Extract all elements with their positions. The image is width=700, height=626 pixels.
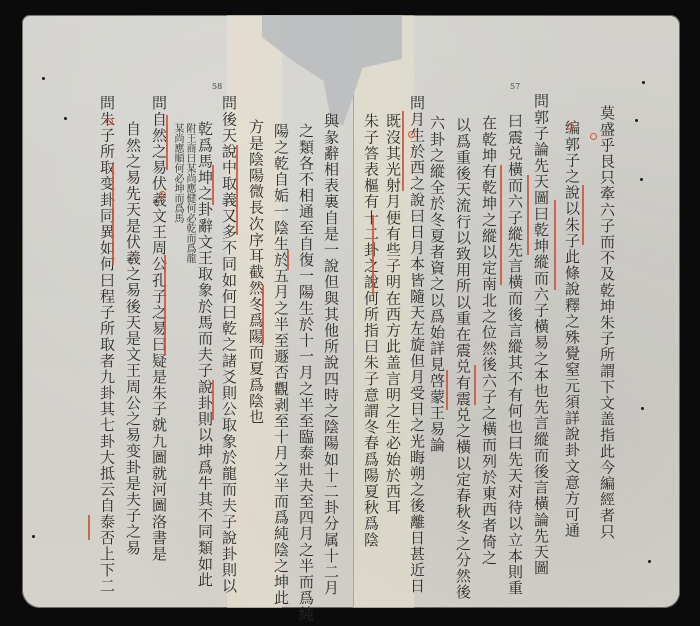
red-circle-mark bbox=[159, 191, 166, 198]
binding-hole bbox=[648, 560, 651, 563]
text-column: 既沒其光射月便有些子明在西方此盖言明之生必始於西耳 bbox=[384, 113, 402, 516]
annotation-column: 附王商曰某尚應健何必乾而爲龍 bbox=[184, 123, 195, 263]
red-underline-mark bbox=[236, 145, 238, 235]
binding-hole bbox=[635, 119, 638, 122]
red-underline-mark bbox=[112, 165, 114, 265]
text-column: 自然之易先天是伏羲之易後天是文王周公之易变卦是夫子之易 bbox=[124, 121, 142, 556]
annotation-column: 某尚應順何必坤而爲馬 bbox=[172, 123, 183, 223]
red-circle-mark bbox=[408, 131, 415, 138]
binding-hole bbox=[64, 117, 67, 120]
text-column: 與彖辭相表裏自是一說但與其他所說四時之陰陽如十二卦分属十二月 bbox=[322, 113, 340, 596]
text-column: 六卦之縱全於冬夏者資之以爲始詳見啓蒙王易論 bbox=[428, 115, 446, 453]
text-column: 朱子答表樞有十二卦之說何所指曰朱子意謂冬春爲陽夏秋爲陰 bbox=[362, 113, 380, 548]
folio-number-left: 58 bbox=[212, 82, 222, 91]
text-column: 陽之乾自姤一陰生於五月之半至遯否觀剥至十月之半而爲純陰之坤此 bbox=[272, 123, 290, 606]
red-underline-mark bbox=[262, 285, 264, 345]
red-underline-mark bbox=[500, 165, 502, 285]
manuscript-sheet: 58 57 莫盛乎艮只牽六子而不及乾坤朱子所謂下文盖指此今編經者只 编郭子之說以… bbox=[22, 15, 680, 608]
red-underline-mark bbox=[166, 115, 168, 170]
red-circle-mark bbox=[567, 123, 574, 130]
red-underline-mark bbox=[582, 185, 584, 245]
binding-hole bbox=[640, 178, 643, 181]
red-underline-mark bbox=[372, 215, 374, 295]
text-column: 問月生於西之說曰日月本皆隨天左旋但月受日之光晦朔之後離日甚近日 bbox=[408, 95, 426, 594]
red-circle-mark bbox=[590, 133, 597, 140]
red-underline-mark bbox=[164, 255, 166, 355]
folio-number-right: 57 bbox=[510, 82, 520, 91]
red-underline-mark bbox=[446, 370, 448, 410]
text-column: 以爲重後天流行以致用所以重在震兑有震兑之橫以定春秋冬之分然後 bbox=[454, 117, 472, 600]
red-underline-mark bbox=[88, 515, 90, 540]
center-fold bbox=[353, 95, 354, 608]
red-circle-mark bbox=[106, 118, 113, 125]
text-column: 编郭子之說以朱子此條說釋之殊覺窒元須詳說卦文意方可通 bbox=[563, 120, 581, 539]
red-underline-mark bbox=[287, 250, 289, 270]
text-column: 莫盛乎艮只牽六子而不及乾坤朱子所謂下文盖指此今編經者只 bbox=[598, 105, 616, 540]
red-underline-mark bbox=[474, 365, 476, 405]
red-underline-mark bbox=[212, 165, 214, 205]
binding-hole bbox=[32, 535, 35, 538]
text-column: 曰震兑橫而六子縱先言橫而後言縱其不有何也曰先天对待以立本則重 bbox=[506, 113, 524, 596]
red-underline-mark bbox=[554, 200, 556, 290]
red-underline-mark bbox=[402, 111, 404, 191]
text-column: 在乾坤有乾坤之縱以定南北之位然後六子之橫而列於東西者倚之 bbox=[480, 115, 498, 566]
text-column: 方是陰陽微長次序耳截然冬爲陽而夏爲陰也 bbox=[247, 119, 265, 425]
binding-hole bbox=[642, 81, 645, 84]
red-underline-mark bbox=[527, 175, 529, 255]
binding-hole bbox=[42, 77, 45, 80]
binding-hole bbox=[641, 407, 644, 410]
text-column: 之類各不相通至自復一陽生於十一月之半至臨泰壯夬至四月之半而爲純 bbox=[297, 123, 315, 622]
text-column: 問郭子論先天圖曰乾坤縱而六子橫易之本也先言縱而後言橫論先天圖 bbox=[532, 93, 550, 576]
red-underline-mark bbox=[212, 380, 214, 420]
